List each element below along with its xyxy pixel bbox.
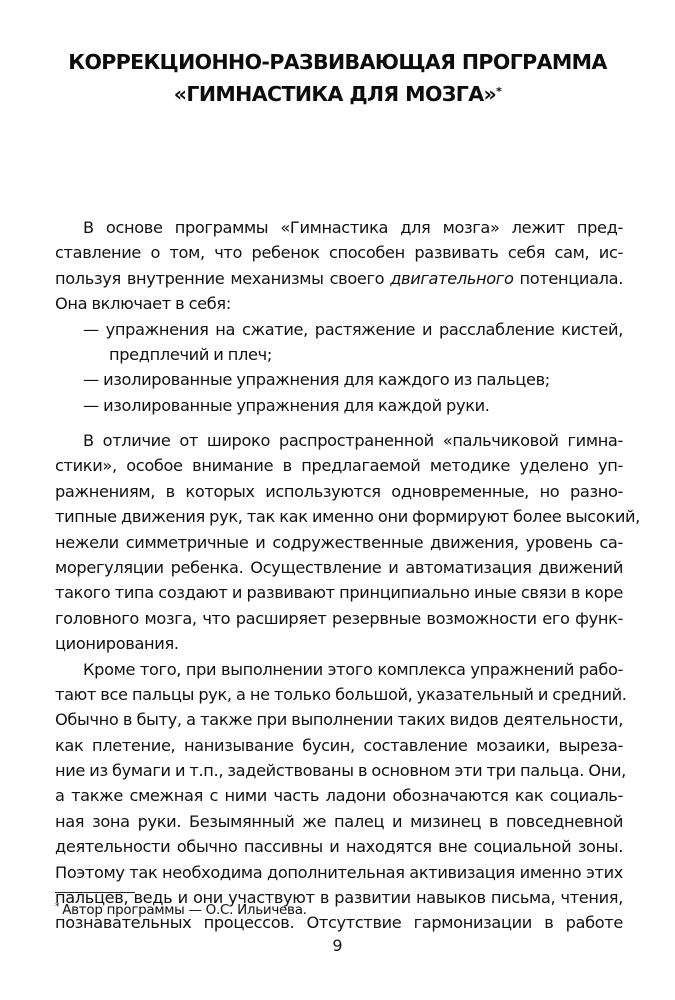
footnote-text: Автор программы — О.С. Ильичева.: [62, 902, 306, 918]
list-item: — упражнения на сжатие, растяжение и рас…: [55, 317, 623, 342]
book-page: КОРРЕКЦИОННО-РАЗВИВАЮЩАЯ ПРОГРАММА «ГИМН…: [0, 0, 675, 1000]
text-line: морегуляции ребенка. Осуществление и авт…: [55, 555, 623, 580]
text-line: головного мозга, что расширяет резервные…: [55, 606, 623, 631]
page-title: КОРРЕКЦИОННО-РАЗВИВАЮЩАЯ ПРОГРАММА «ГИМН…: [0, 46, 675, 110]
paragraph-main: В отличие от широко распространенной «па…: [55, 428, 623, 936]
text-line: ционирования.: [55, 631, 623, 656]
list-item: — изолированные упражнения для каждого и…: [55, 367, 623, 392]
title-line-1: КОРРЕКЦИОННО-РАЗВИВАЮЩАЯ ПРОГРАММА: [0, 46, 675, 78]
text-line: тают все пальцы рук, а не только большой…: [55, 682, 623, 707]
text-line: Обычно в быту, а также при выполнении та…: [55, 707, 623, 732]
text-line: а также смежная с ними часть ладони обоз…: [55, 783, 623, 808]
text-line: типные движения рук, так как именно они …: [55, 504, 623, 529]
text-line: как плетение, нанизывание бусин, составл…: [55, 733, 623, 758]
footnote-marker: *: [55, 902, 59, 912]
text-line: ставление о том, что ребенок способен ра…: [55, 240, 623, 265]
text-line: ная зона руки. Безымянный же палец и миз…: [55, 809, 623, 834]
text-line: В отличие от широко распространенной «па…: [55, 428, 623, 453]
text-line: ние из бумаги и т.п., задействованы в ос…: [55, 758, 623, 783]
text-line: Кроме того, при выполнении этого комплек…: [55, 657, 623, 682]
text-line: стики», особое внимание в предлагаемой м…: [55, 453, 623, 478]
footnote-divider: [55, 892, 135, 893]
list-item-continuation: предплечий и плеч;: [55, 342, 623, 367]
title-footnote-marker: *: [496, 85, 501, 98]
text-line: деятельности обычно пассивны и находятся…: [55, 834, 623, 859]
text-line: Поэтому так необходима дополнительная ак…: [55, 860, 623, 885]
emphasis-text: двигательного: [390, 269, 513, 288]
text-line: нежели симметричные и содружественные дв…: [55, 530, 623, 555]
text-line: В основе программы «Гимнастика для мозга…: [55, 215, 623, 240]
title-line-2: «ГИМНАСТИКА ДЛЯ МОЗГА»*: [0, 78, 675, 110]
list-item: — изолированные упражнения для каждой ру…: [55, 393, 623, 418]
page-number: 9: [0, 936, 675, 955]
text-line: ражнениям, в которых используются одновр…: [55, 479, 623, 504]
text-line: такого типа создают и развивают принципи…: [55, 580, 623, 605]
text-line: пользуя внутренние механизмы своего двиг…: [55, 266, 623, 291]
paragraph-intro: В основе программы «Гимнастика для мозга…: [55, 215, 623, 418]
footnote: *Автор программы — О.С. Ильичева.: [55, 902, 307, 918]
text-line: Она включает в себя:: [55, 291, 623, 316]
